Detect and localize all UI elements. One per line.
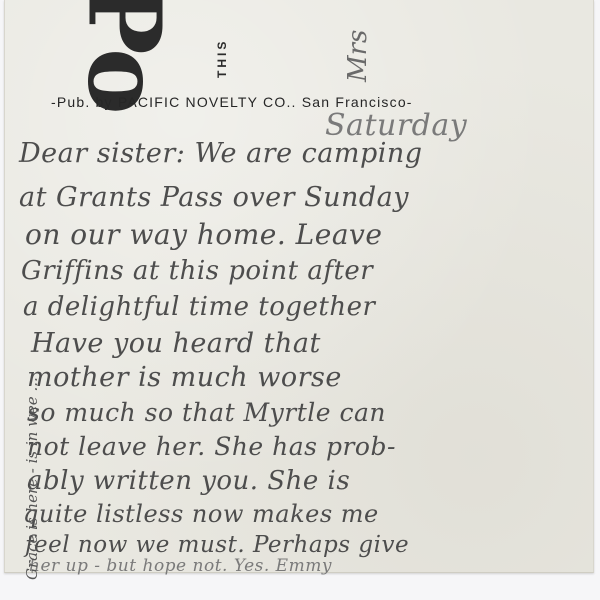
ornate-title-fragment: Po [70, 0, 175, 90]
handwritten-line-4: Griffins at this point after [21, 256, 373, 286]
handwritten-line-5: a delightful time together [23, 292, 375, 322]
vertical-label: THIS [215, 18, 229, 78]
handwritten-line-7: mother is much worse [27, 362, 342, 393]
handwritten-line-1: Dear sister: We are camping [19, 138, 423, 169]
margin-note: Grace is here - is in wee ... [23, 377, 41, 580]
handwritten-line-12: feel now we must. Perhaps give [25, 532, 409, 558]
handwritten-line-3: on our way home. Leave [25, 218, 382, 251]
handwritten-line-9: not leave her. She has prob- [27, 432, 396, 461]
postcard: Po THIS Mrs -Pub. by PACIFIC NOVELTY CO.… [4, 0, 594, 573]
address-fragment: Mrs [343, 30, 373, 82]
handwritten-line-8: so much so that Myrtle can [27, 398, 386, 427]
handwritten-line-11: quite listless now makes me [23, 500, 379, 528]
handwritten-line-13: her up - but hope not. Yes. Emmy [29, 556, 332, 576]
handwritten-line-10: ably written you. She is [27, 466, 350, 496]
handwritten-line-6: Have you heard that [31, 328, 321, 359]
handwritten-line-2: at Grants Pass over Sunday [19, 182, 409, 213]
